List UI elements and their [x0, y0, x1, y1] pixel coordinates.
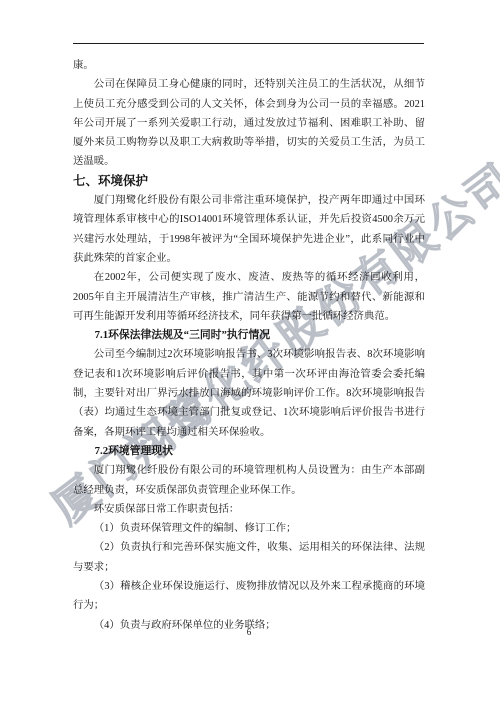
paragraph: 公司在保障员工身心健康的同时，还特别关注员工的生活状况，从细节上使员工充分感受到… [73, 75, 425, 171]
paragraph: （2）负责执行和完善环保实施文件，收集、运用相关的环保法律、法规与要求； [73, 538, 425, 577]
page-number: 6 [73, 627, 425, 637]
paragraph: 环安质保部日常工作职责包括： [73, 500, 425, 519]
document-body: 康。公司在保障员工身心健康的同时，还特别关注员工的生活状况，从细节上使员工充分感… [73, 56, 425, 635]
paragraph: 康。 [73, 56, 425, 75]
paragraph: （1）负责环保管理文件的编制、修订工作； [73, 519, 425, 538]
paragraph: 公司至今编制过2次环境影响报告书、3次环境影响报告表、8次环境影响登记表和1次环… [73, 345, 425, 441]
paragraph: （3）稽核企业环保设施运行、废物排放情况以及外来工程承揽商的环境行为； [73, 577, 425, 616]
paragraph: 厦门翔鹭化纤股份有限公司的环境管理机构人员设置为：由生产本部副总经理负责，环安质… [73, 461, 425, 500]
paragraph: 在2002年，公司便实现了废水、废渣、废热等的循环经济回收利用，2005年自主开… [73, 268, 425, 326]
section-heading: 七、环境保护 [73, 172, 425, 191]
paragraph: 厦门翔鹭化纤股份有限公司非常注重环境保护，投产两年即通过中国环境管理体系审核中心… [73, 191, 425, 268]
section-heading: 7.2环境管理现状 [73, 442, 425, 461]
section-heading: 7.1环保法律法规及“三同时”执行情况 [73, 326, 425, 345]
header-rule [73, 43, 424, 44]
document-page: 厦门翔鹭化纤股份有限公司 康。公司在保障员工身心健康的同时，还特别关注员工的生活… [0, 0, 500, 706]
